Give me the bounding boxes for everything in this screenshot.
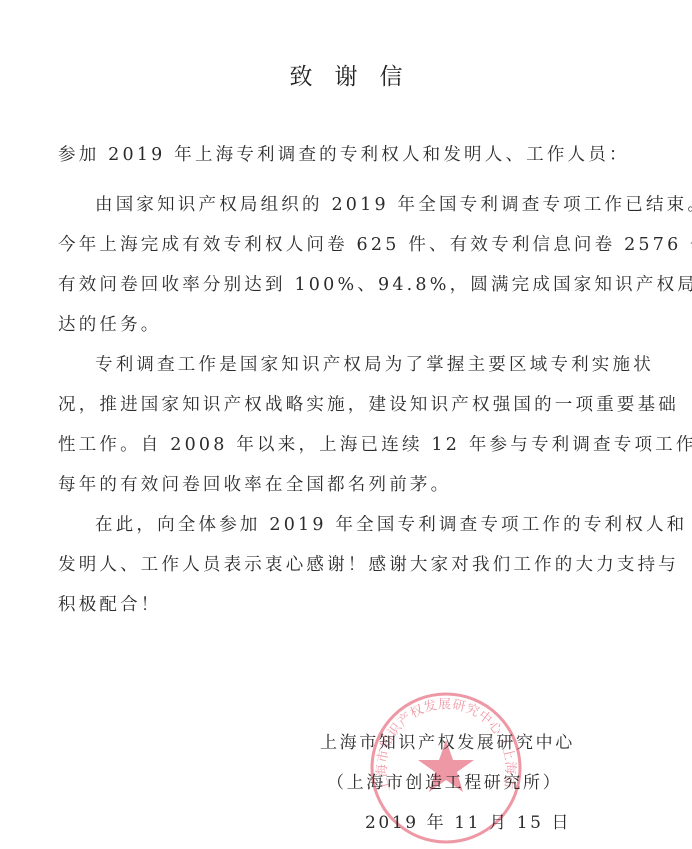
paragraph-3-line-2: 发明人、工作人员表示衷心感谢！感谢大家对我们工作的大力支持与 — [58, 553, 679, 577]
greeting: 参加 2019 年上海专利调查的专利权人和发明人、工作人员： — [58, 143, 630, 167]
letter-title: 致谢信 — [0, 58, 692, 91]
paragraph-1-line-1: 由国家知识产权局组织的 2019 年全国专利调查专项工作已结束。 — [95, 193, 692, 217]
paragraph-2-line-1: 专利调查工作是国家知识产权局为了掌握主要区域专利实施状 — [95, 353, 654, 377]
signature-date: 2019 年 11 月 15 日 — [365, 811, 571, 835]
paragraph-3-line-3: 积极配合！ — [58, 593, 162, 617]
paragraph-1-line-4: 达的任务。 — [58, 313, 162, 337]
signature-organization: 上海市知识产权发展研究中心 — [320, 731, 575, 755]
paragraph-1-line-2: 今年上海完成有效专利权人问卷 625 件、有效专利信息问卷 2576 件， — [58, 233, 692, 257]
paragraph-3-line-1: 在此，向全体参加 2019 年全国专利调查专项工作的专利权人和 — [95, 513, 687, 537]
paragraph-2-line-4: 每年的有效问卷回收率在全国都名列前茅。 — [58, 473, 451, 497]
paragraph-2-line-2: 况，推进国家知识产权战略实施，建设知识产权强国的一项重要基础 — [58, 393, 679, 417]
paragraph-2-line-3: 性工作。自 2008 年以来，上海已连续 12 年参与专利调查专项工作， — [58, 433, 692, 457]
paragraph-1-line-3: 有效问卷回收率分别达到 100%、94.8%，圆满完成国家知识产权局下 — [58, 273, 692, 297]
signature-alias: （上海市创造工程研究所） — [327, 771, 562, 795]
